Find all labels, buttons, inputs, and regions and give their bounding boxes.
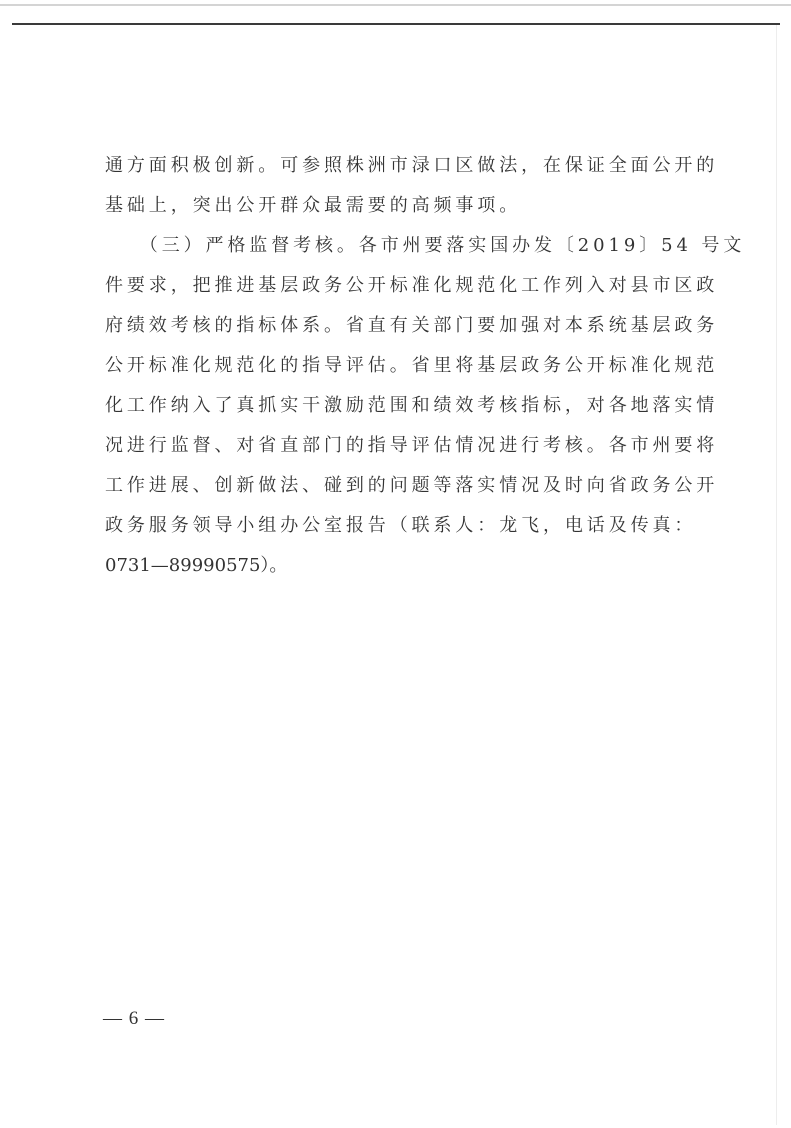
paragraph-line: 基础上，突出公开群众最需要的高频事项。 — [105, 186, 685, 226]
page-right-edge — [776, 25, 777, 1125]
section-heading-line: （三）严格监督考核。各市州要落实国办发〔2019〕54 号文 — [105, 226, 685, 266]
paragraph-line: 化工作纳入了真抓实干激励范围和绩效考核指标，对各地落实情 — [105, 386, 685, 426]
paragraph-line: 政务服务领导小组办公室报告（联系人：龙飞，电话及传真： — [105, 506, 685, 546]
page-top-rule — [12, 23, 780, 25]
document-body: 通方面积极创新。可参照株洲市渌口区做法，在保证全面公开的 基础上，突出公开群众最… — [105, 146, 685, 586]
paragraph-line: 公开标准化规范化的指导评估。省里将基层政务公开标准化规范 — [105, 346, 685, 386]
contact-phone-line: 0731—89990575）。 — [105, 546, 685, 586]
paragraph-line: 件要求，把推进基层政务公开标准化规范化工作列入对县市区政 — [105, 266, 685, 306]
paragraph-line: 况进行监督、对省直部门的指导评估情况进行考核。各市州要将 — [105, 426, 685, 466]
paragraph-line: 府绩效考核的指标体系。省直有关部门要加强对本系统基层政务 — [105, 306, 685, 346]
scan-edge-top — [0, 4, 791, 6]
paragraph-line: 通方面积极创新。可参照株洲市渌口区做法，在保证全面公开的 — [105, 146, 685, 186]
page-number: — 6 — — [103, 1008, 165, 1030]
paragraph-line: 工作进展、创新做法、碰到的问题等落实情况及时向省政务公开 — [105, 466, 685, 506]
